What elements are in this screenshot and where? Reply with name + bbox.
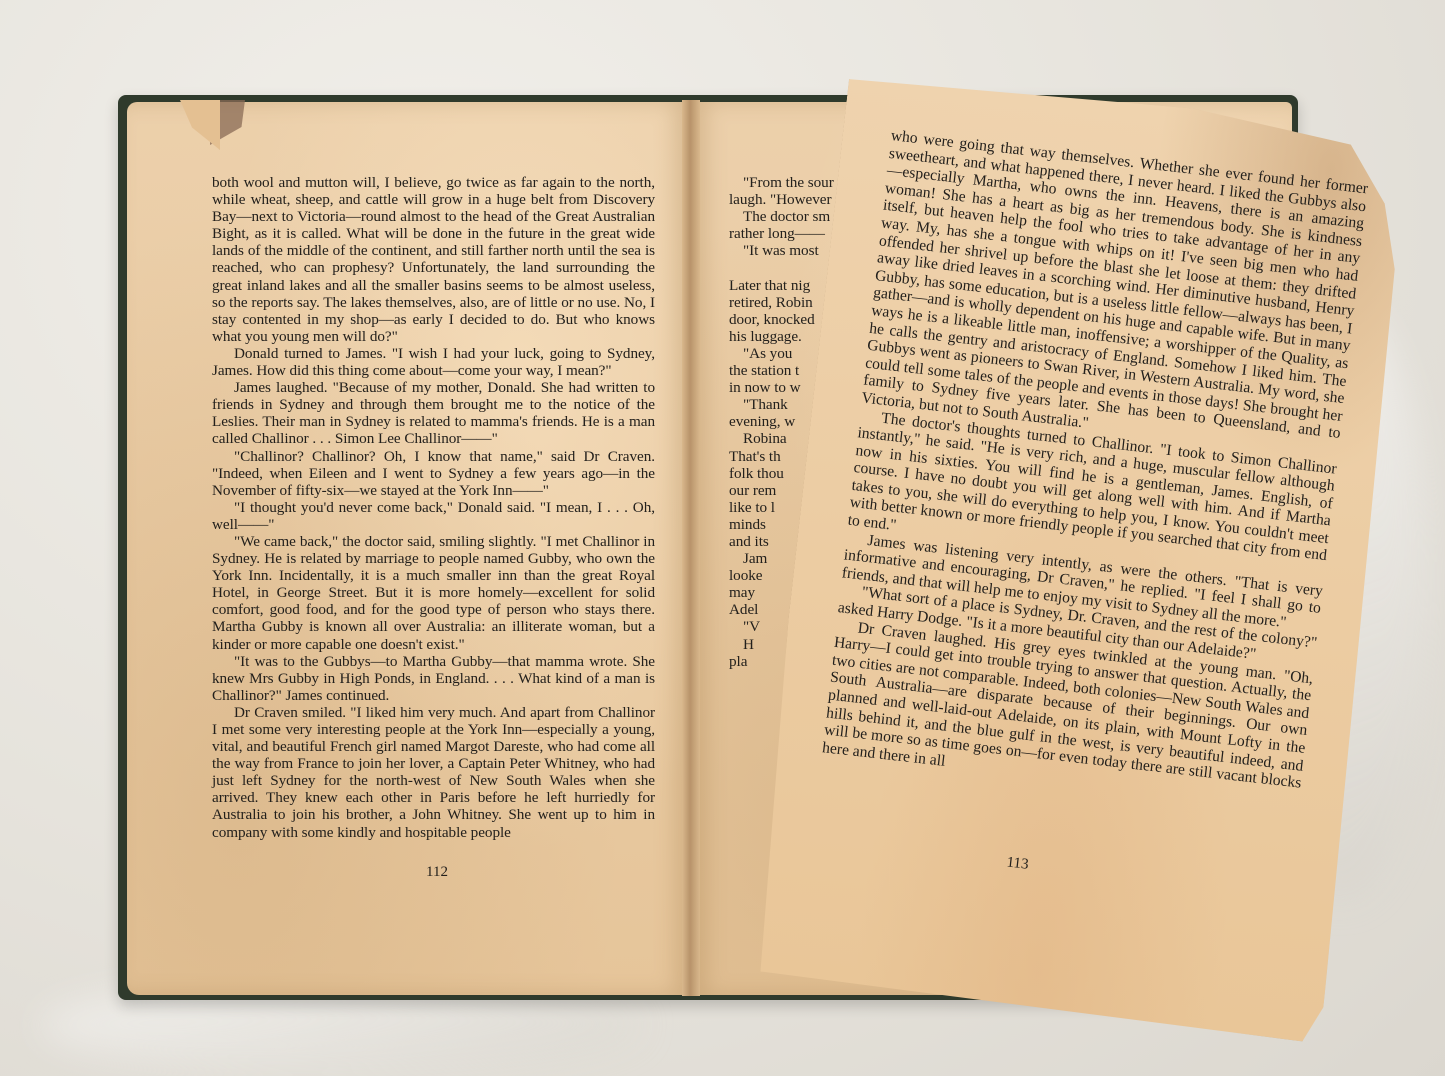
loose-torn-page: who were going that way themselves. Whet… xyxy=(748,70,1421,1043)
paragraph: "Challinor? Challinor? Oh, I know that n… xyxy=(212,448,655,499)
left-page-text: both wool and mutton will, I believe, go… xyxy=(212,174,655,841)
paragraph: Donald turned to James. "I wish I had yo… xyxy=(212,345,655,379)
page-number-right: 113 xyxy=(992,853,1044,875)
paragraph: "It was to the Gubbys—to Martha Gubby—th… xyxy=(212,653,655,704)
paragraph: "We came back," the doctor said, smiling… xyxy=(212,533,655,653)
book-spine-gutter xyxy=(682,100,700,996)
paragraph: who were going that way themselves. Whet… xyxy=(861,127,1369,460)
paragraph: both wool and mutton will, I believe, go… xyxy=(212,174,655,345)
paragraph: "I thought you'd never come back," Donal… xyxy=(212,499,655,533)
page-number-left: 112 xyxy=(412,864,462,881)
paragraph: James laughed. "Because of my mother, Do… xyxy=(212,379,655,447)
loose-page-text: who were going that way themselves. Whet… xyxy=(821,127,1369,810)
paragraph: Dr Craven smiled. "I liked him very much… xyxy=(212,704,655,841)
